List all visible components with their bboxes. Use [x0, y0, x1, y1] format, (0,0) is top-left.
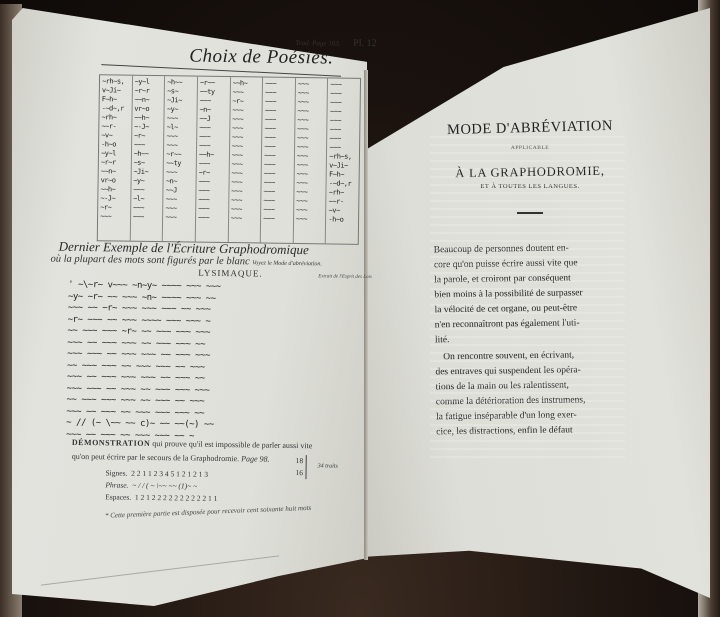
grid-column: ~h~~ ~s~ ~Ji~ ~y~ ~~~ ~l~ ~~~ ~~~ ~r~~ ~… [163, 76, 198, 241]
grid-column: ~y~l ~r~r ~~n~ vr~o ~~h~ ~-J~ ~r~ ~~~ ~h… [130, 76, 165, 241]
book-spine [364, 70, 368, 560]
grid-column: ~~h~ ~~~ ~r~ ~~~ ~~~ ~~~ ~~~ ~~~ ~~~ ~~~… [228, 77, 263, 242]
plate-header: Choix de Poésies. Trad. Page 103. Pl. 12 [189, 45, 364, 67]
caption-note: Voyez le Mode d'abréviation. [252, 260, 322, 267]
grid-column: ~~~ ~~~ ~~~ ~~~ ~~~ ~~~ ~~~ ~~~ ~rh~s, v… [326, 78, 360, 243]
demo-row-espaces: Espaces. 1 2 1 2 2 2 2 2 2 2 2 2 2 1 1 [105, 492, 217, 503]
grid-column: ~~~ ~~~ ~~~ ~~~ ~~~ ~~~ ~~~ ~~~ ~~~ ~~~ … [261, 78, 296, 243]
chapter-subtitle: À LA GRAPHODROMIE, [435, 163, 625, 181]
page-ref: Page 98. [241, 454, 270, 463]
chapter-subtitle-2: ET À TOUTES LES LANGUES. [435, 183, 625, 190]
paragraph-2: On rencontre souvent, en écrivant, des e… [435, 348, 626, 441]
grid-column: ~r~~ ~~ty ~~~ ~n~ ~~J ~~~ ~~~ ~~~ ~~h~ ~… [196, 77, 231, 242]
chapter-subtitle-small: APPLICABLE [435, 145, 625, 151]
grid-column: ~rh~s, v~Ji~ F~h~ -~d~,r ~rh~ ~~r- ~v~ -… [98, 75, 133, 240]
body-text: Beaucoup de personnes doutent en- core q… [434, 241, 627, 441]
plate-title: Choix de Poésies. [189, 45, 333, 69]
bracket-label: 34 traits [318, 463, 338, 469]
paragraph-1: Beaucoup de personnes doutent en- core q… [434, 241, 625, 349]
demo-row-phrase: Phrase. ~ / / ( ~ \~~ ~~ (1)~ ~ [105, 480, 197, 490]
grid-column: ~~~ ~~~ ~~~ ~~~ ~~~ ~~~ ~~~ ~~~ ~~~ ~~~ … [293, 78, 328, 243]
footnote: * Cette première partie est disposée pou… [105, 504, 311, 520]
stenography-grid: ~rh~s, v~Ji~ F~h~ -~d~,r ~rh~ ~~r- ~v~ -… [97, 74, 361, 245]
section-title: LYSIMAQUE. [198, 268, 262, 279]
extract-note: Extrait de l'Esprit des Lois [318, 274, 372, 280]
title-rule [517, 212, 543, 214]
right-page-text: MODE D'ABRÉVIATION APPLICABLE À LA GRAPH… [435, 120, 625, 441]
demo-row-signes: Signes. 2 2 1 1 2 3 4 5 1 2 1 2 1 3 [105, 468, 208, 478]
chapter-title: MODE D'ABRÉVIATION [435, 118, 625, 140]
plate-reference: Trad. Page 103. [295, 39, 340, 48]
plate-number: Pl. 12 [353, 38, 376, 49]
demonstration-title: DÉMONSTRATION [72, 438, 150, 448]
stenography-text-block: ' ~\~r~ v~~~ ~n~y~ ~~~~ ~~~ ~~~ ~y~ ~r~ … [66, 280, 353, 445]
stenography-plate: Choix de Poésies. Trad. Page 103. Pl. 12… [85, 44, 364, 548]
bracket-values: 18 16 [295, 455, 306, 479]
